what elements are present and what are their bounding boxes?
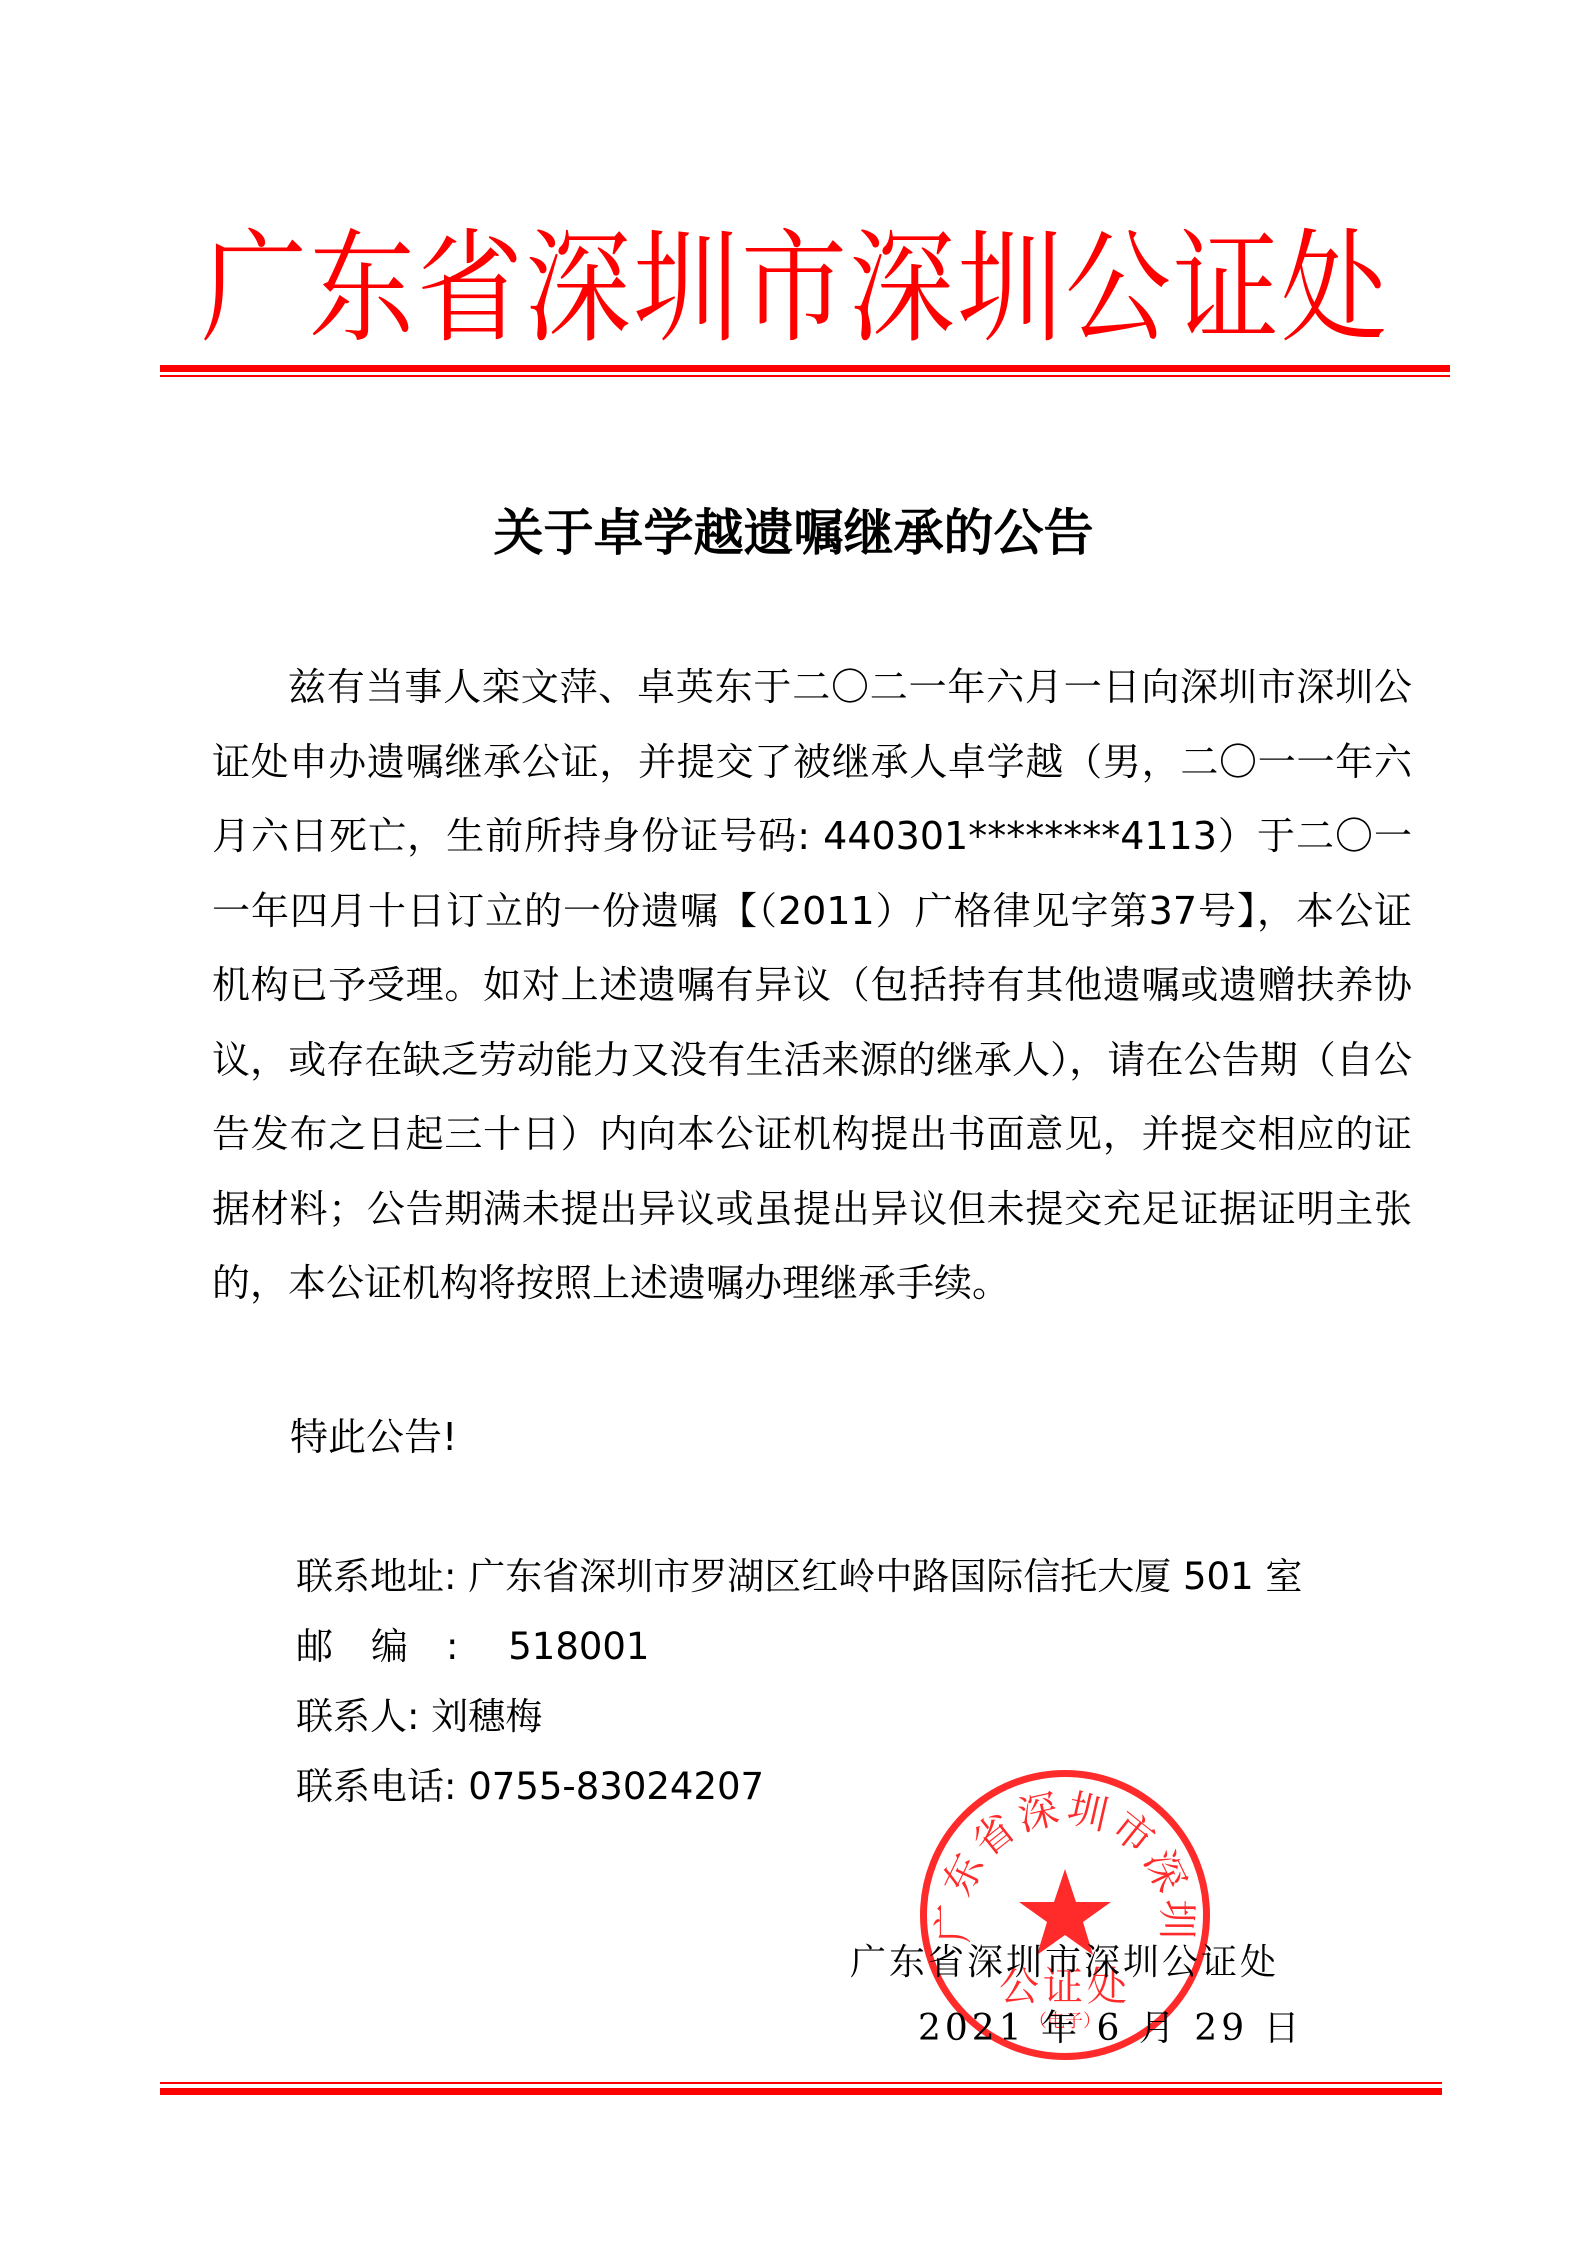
- contact-person-value: 刘穗梅: [431, 1695, 542, 1738]
- footer-divider-thick: [160, 2088, 1442, 2095]
- contact-address: 联系地址: 广东省深圳市罗湖区红岭中路国际信托大厦 501 室: [296, 1542, 1446, 1612]
- notice-closing: 特此公告!: [290, 1407, 457, 1467]
- contact-address-label: 联系地址:: [296, 1542, 456, 1612]
- contact-block: 联系地址: 广东省深圳市罗湖区红岭中路国际信托大厦 501 室 邮编: 5180…: [296, 1542, 1446, 1822]
- footer-divider-thin: [160, 2082, 1442, 2084]
- contact-phone-value: 0755-83024207: [468, 1765, 764, 1808]
- notice-body: 兹有当事人栾文萍、卓英东于二〇二一年六月一日向深圳市深圳公证处申办遗嘱继承公证，…: [212, 650, 1412, 1321]
- signature-block: 广东省深圳市深圳公证处 2021 年 6 月 29 日: [850, 1930, 1304, 2062]
- letterhead-title: 广东省深圳市深圳公证处: [160, 220, 1430, 358]
- notice-title: 关于卓学越遗嘱继承的公告: [0, 498, 1587, 568]
- signature-organization: 广东省深圳市深圳公证处: [850, 1930, 1304, 1996]
- contact-postcode: 邮编: 518001: [296, 1612, 1446, 1682]
- contact-postcode-value: 518001: [508, 1625, 649, 1668]
- letterhead-divider-thin: [160, 375, 1450, 377]
- contact-person: 联系人: 刘穗梅: [296, 1682, 1446, 1752]
- contact-address-value: 广东省深圳市罗湖区红岭中路国际信托大厦 501 室: [468, 1555, 1302, 1598]
- contact-phone: 联系电话: 0755-83024207: [296, 1752, 1446, 1822]
- contact-postcode-label: 邮编:: [296, 1612, 496, 1682]
- contact-phone-label: 联系电话:: [296, 1752, 456, 1822]
- notice-page: 广东省深圳市深圳公证处 关于卓学越遗嘱继承的公告 兹有当事人栾文萍、卓英东于二〇…: [0, 0, 1587, 2245]
- signature-date: 2021 年 6 月 29 日: [850, 1996, 1304, 2062]
- letterhead-divider-thick: [160, 365, 1450, 372]
- contact-person-label: 联系人:: [296, 1682, 419, 1752]
